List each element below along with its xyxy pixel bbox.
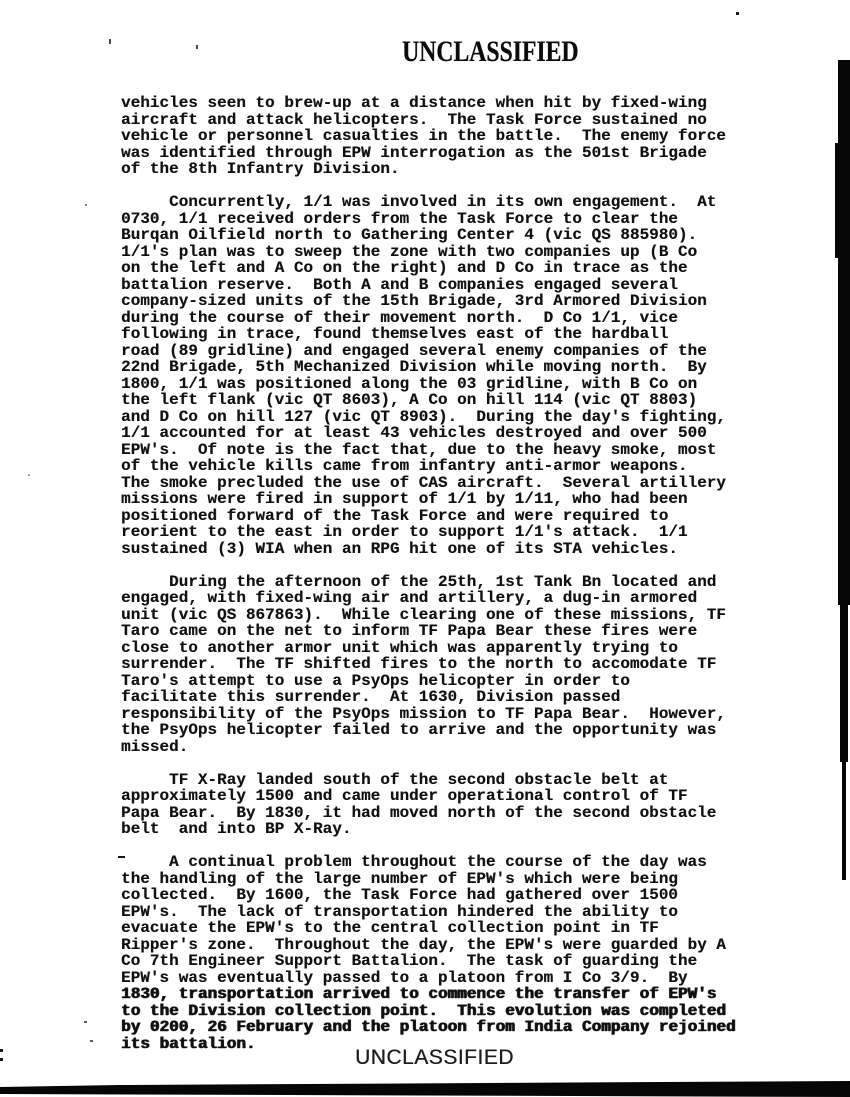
paragraph-4: TF X-Ray landed south of the second obst… [121, 772, 801, 838]
paragraph-2: Concurrently, 1/1 was involved in its ow… [121, 194, 801, 557]
scan-speck [84, 1021, 87, 1023]
paragraph-5-continued: 1830, transportation arrived to commence… [121, 986, 801, 1052]
footer-classification-marking: UNCLASSIFIED [355, 1046, 514, 1069]
paragraph-5: A continual problem throughout the cours… [121, 854, 801, 986]
scan-speck [109, 39, 111, 44]
scan-speck [85, 204, 87, 206]
scan-speck [28, 474, 30, 476]
scan-artifact-right-bar-tip [842, 760, 846, 880]
scan-artifact-right-bar [838, 60, 850, 605]
document-page: UNCLASSIFIED vehicles seen to brew-up at… [0, 0, 850, 1097]
document-body: vehicles seen to brew-up at a distance w… [121, 95, 801, 1069]
scan-speck [118, 856, 125, 858]
scan-artifact-right-bar-wide [835, 143, 850, 258]
scan-speck [90, 1040, 93, 1042]
scan-speck [736, 12, 739, 15]
scan-artifact-bottom-bar [0, 1078, 850, 1097]
paragraph-1: vehicles seen to brew-up at a distance w… [121, 95, 801, 178]
scan-artifact-right-bar-taper [840, 600, 848, 762]
scan-speck [400, 858, 404, 860]
scan-speck [196, 45, 198, 49]
header-classification-marking: UNCLASSIFIED [402, 37, 578, 67]
scan-speck [0, 1049, 3, 1052]
paragraph-3: During the afternoon of the 25th, 1st Ta… [121, 574, 801, 756]
